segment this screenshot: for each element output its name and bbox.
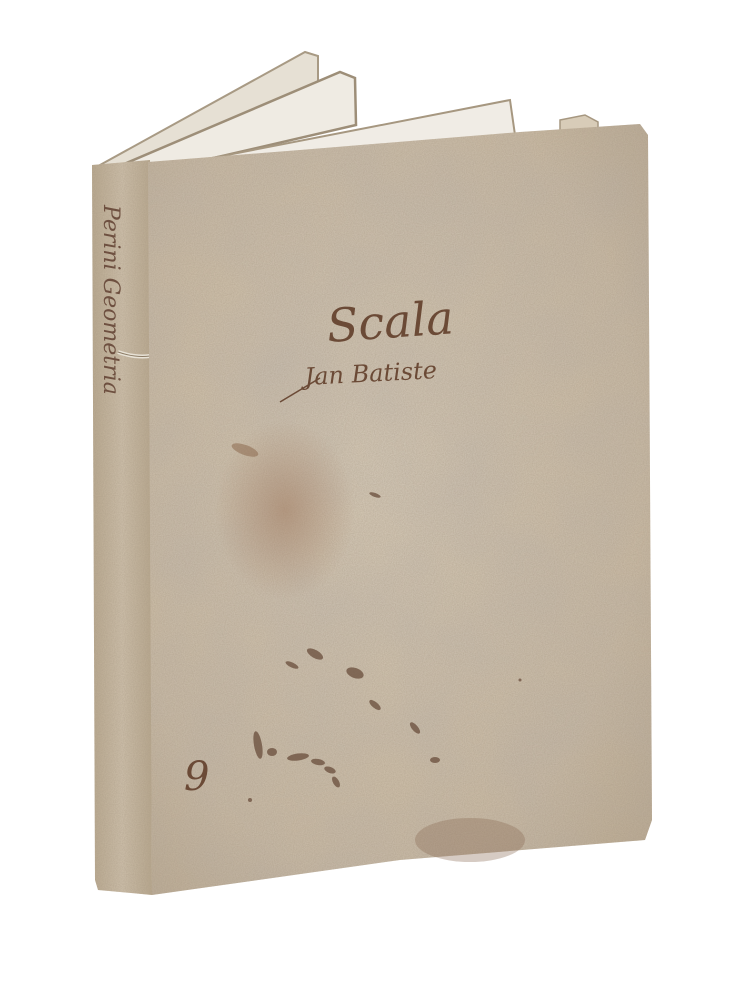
spine-inscription: Perini Geometria — [98, 204, 123, 395]
book-illustration: Scala Jan Batiste 9 Perini Geometria — [0, 0, 737, 1000]
spine-label: Perini Geometria — [98, 204, 123, 395]
front-cover — [148, 124, 652, 895]
photo-stage: Scala Jan Batiste 9 Perini Geometria — [0, 0, 737, 1000]
cover-title: Scala — [325, 290, 455, 353]
cover-number: 9 — [184, 754, 209, 800]
